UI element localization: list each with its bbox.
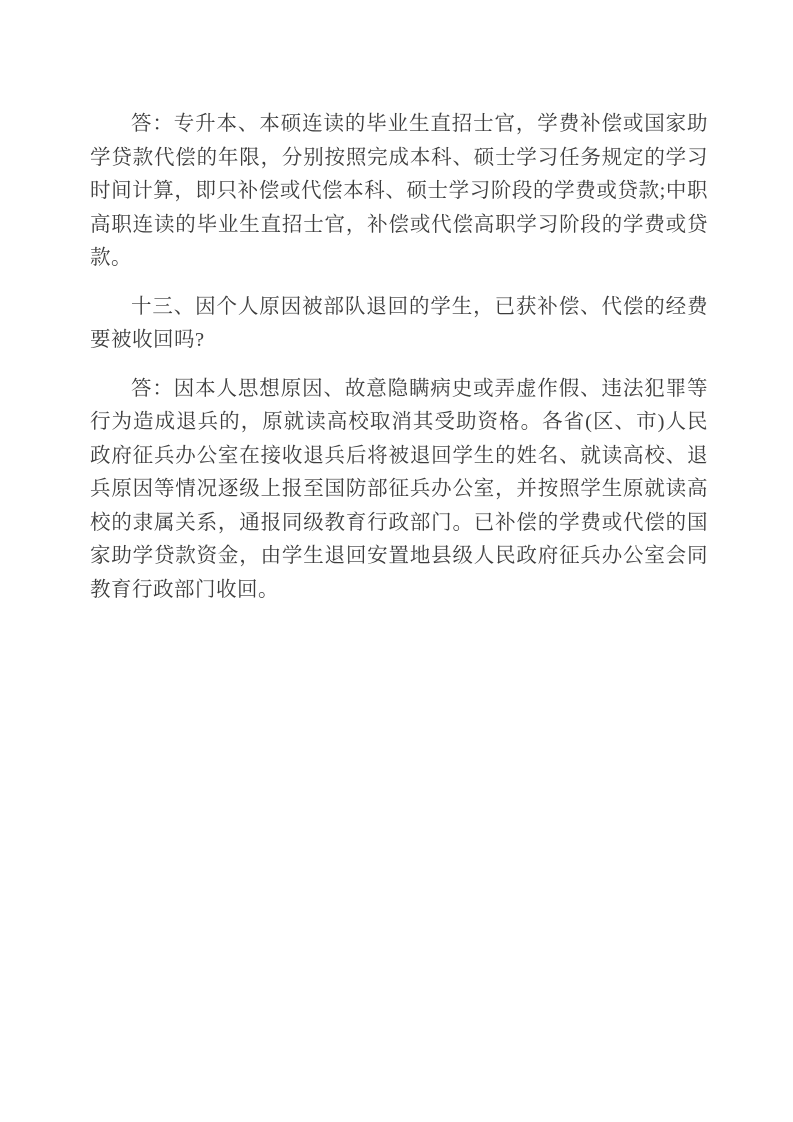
paragraph-answer-12: 答：专升本、本硕连读的毕业生直招士官，学费补偿或国家助学贷款代偿的年限，分别按照…: [90, 108, 708, 276]
paragraph-question-13: 十三、因个人原因被部队退回的学生，已获补偿、代偿的经费要被收回吗?: [90, 291, 708, 358]
paragraph-answer-13: 答：因本人思想原因、故意隐瞒病史或弄虚作假、违法犯罪等行为造成退兵的，原就读高校…: [90, 373, 708, 608]
document-page: 答：专升本、本硕连读的毕业生直招士官，学费补偿或国家助学贷款代偿的年限，分别按照…: [0, 0, 793, 1122]
document-body: 答：专升本、本硕连读的毕业生直招士官，学费补偿或国家助学贷款代偿的年限，分别按照…: [90, 108, 708, 607]
